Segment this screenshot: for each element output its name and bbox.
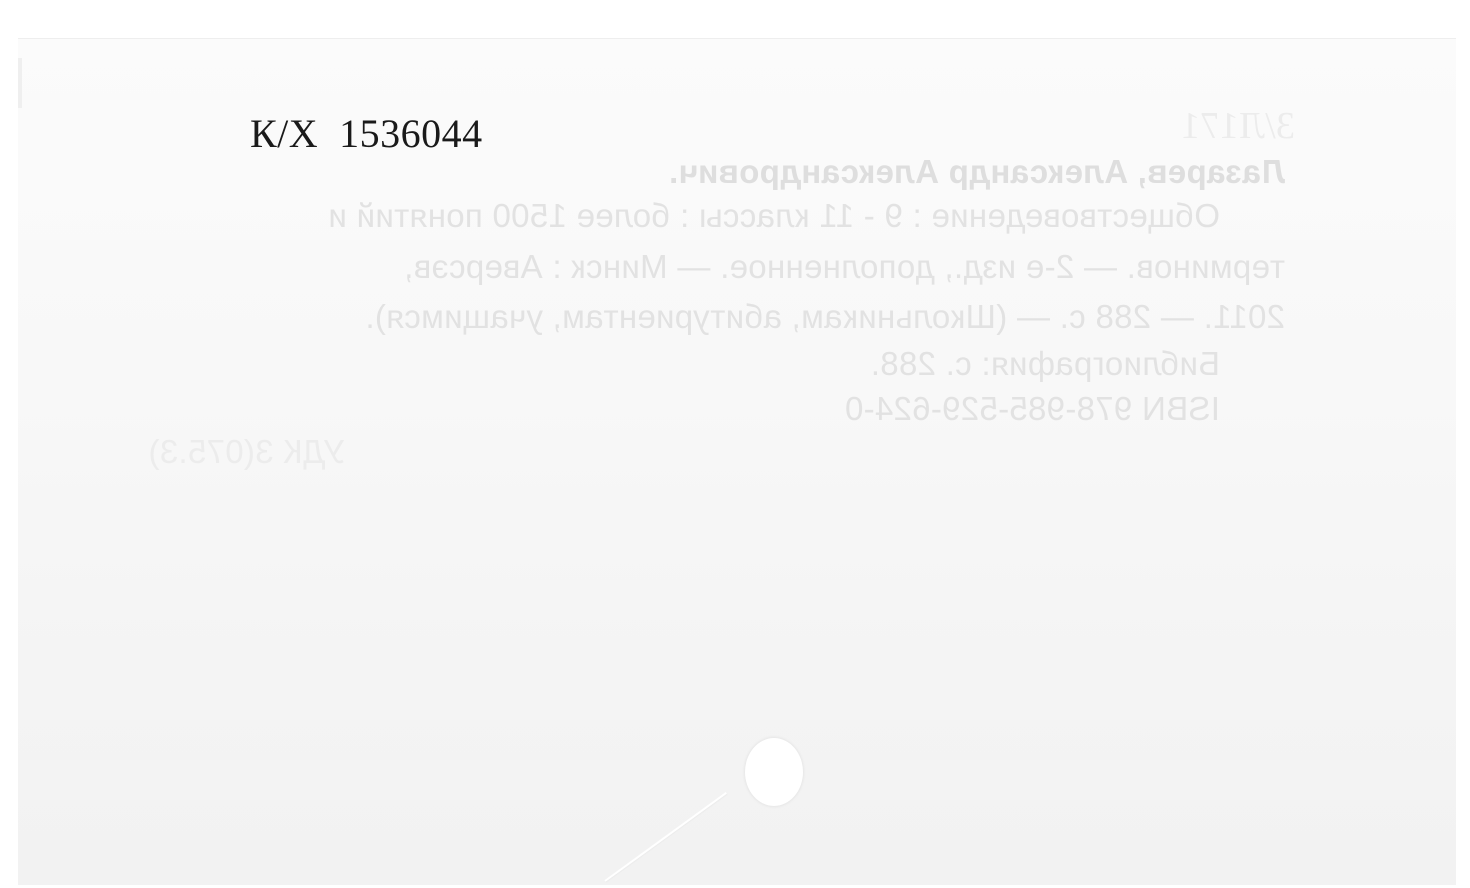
bleed-through-text: 3/Л171 Лазарев, Александр Александрович.… — [0, 0, 1470, 888]
title-line-1: Обществоведение : 9 - 11 классы : более … — [328, 197, 1220, 235]
shelf-mark: 3/Л171 — [1181, 104, 1295, 148]
author-heading: Лазарев, Александр Александрович. — [669, 153, 1285, 191]
udk-code: УДК 3(075.3) — [148, 433, 345, 471]
punch-hole — [745, 738, 803, 806]
title-line-3: 2011. — 288 с. — (Школьникам, абитуриент… — [365, 298, 1285, 336]
bibliography-note: Библиография: с. 288. — [871, 345, 1220, 383]
inventory-number: К/Х 1536044 — [250, 110, 483, 157]
title-line-2: терминов. — 2-е изд., дополненное. — Мин… — [404, 248, 1285, 286]
isbn: ISBN 978-985-529-624-0 — [845, 390, 1220, 428]
